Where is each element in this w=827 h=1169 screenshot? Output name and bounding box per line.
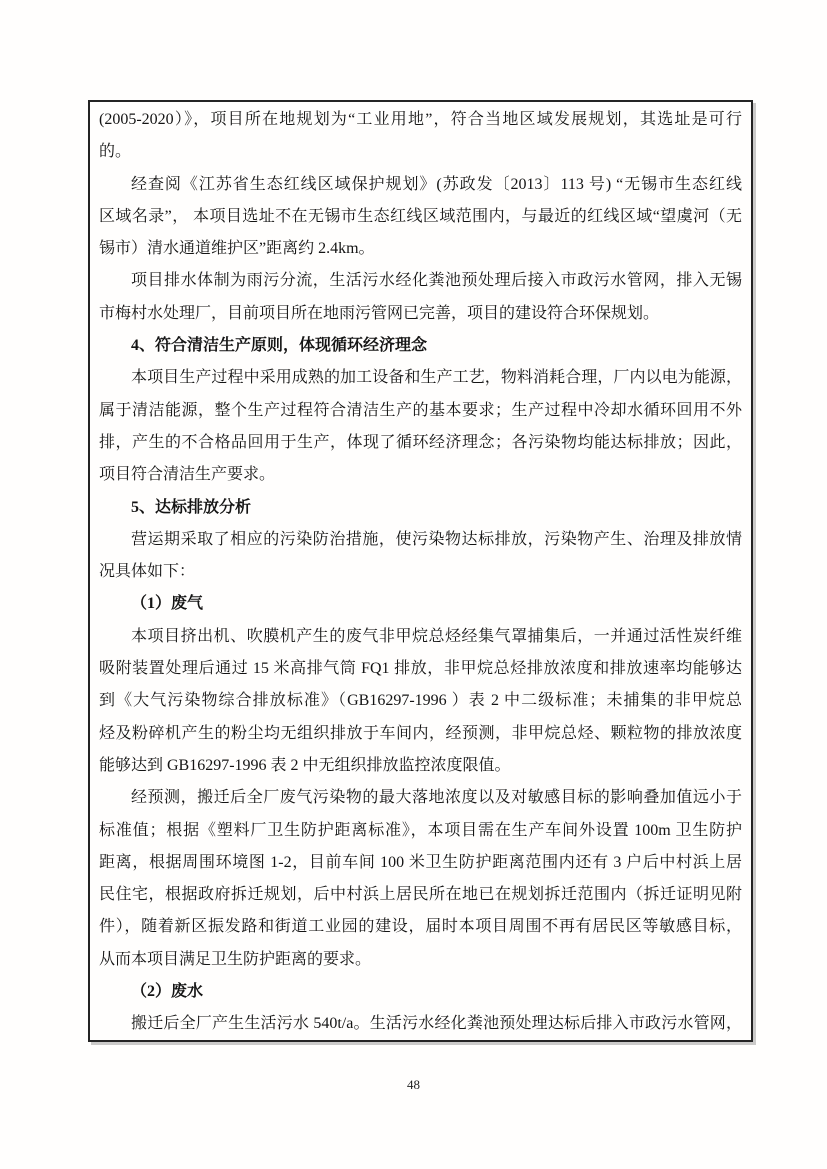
text-line: 排，产生的不合格品回用于生产，体现了循环经济理念；各污染物均能达标排放；因此，: [99, 427, 742, 459]
text-line: 区域名录”， 本项目选址不在无锡市生态红线区域范围内，与最近的红线区域“望虞河（…: [99, 201, 742, 233]
text-line: 经查阅《江苏省生态红线区域保护规划》(苏政发〔2013〕113 号) “无锡市生…: [99, 169, 742, 201]
text-line: 能够达到 GB16297-1996 表 2 中无组织排放监控浓度限值。: [99, 750, 742, 782]
section-heading: 5、达标排放分析: [99, 492, 742, 524]
text-line: 营运期采取了相应的污染防治措施，使污染物达标排放，污染物产生、治理及排放情: [99, 524, 742, 556]
text-line: 市梅村水处理厂，目前项目所在地雨污管网已完善，项目的建设符合环保规划。: [99, 298, 742, 330]
text-line: 件），随着新区振发路和街道工业园的建设，届时本项目周围不再有居民区等敏感目标，: [99, 911, 742, 943]
text-line: 况具体如下：: [99, 556, 742, 588]
text-line: 本项目生产过程中采用成熟的加工设备和生产工艺，物料消耗合理，厂内以电为能源，: [99, 362, 742, 394]
text-line: 项目符合清洁生产要求。: [99, 459, 742, 491]
section-heading: （2）废水: [99, 976, 742, 1008]
text-line: 属于清洁能源，整个生产过程符合清洁生产的基本要求；生产过程中冷却水循环回用不外: [99, 395, 742, 427]
page-number: 48: [0, 1077, 827, 1093]
text-line: 民住宅，根据政府拆迁规划，后中村浜上居民所在地已在规划拆迁范围内（拆迁证明见附: [99, 879, 742, 911]
text-line: 搬迁后全厂产生生活污水 540t/a。生活污水经化粪池预处理达标后排入市政污水管…: [99, 1008, 742, 1040]
text-line: 锡市）清水通道维护区”距离约 2.4km。: [99, 233, 742, 265]
text-line: 烃及粉碎机产生的粉尘均无组织排放于车间内，经预测，非甲烷总烃、颗粒物的排放浓度: [99, 718, 742, 750]
text-line: 的。: [99, 136, 742, 168]
text-line: 距离，根据周围环境图 1-2，目前车间 100 米卫生防护距离范围内还有 3 户…: [99, 847, 742, 879]
text-line: 经预测，搬迁后全厂废气污染物的最大落地浓度以及对敏感目标的影响叠加值远小于: [99, 782, 742, 814]
text-line: 到《大气污染物综合排放标准》（GB16297-1996 ）表 2 中二级标准；未…: [99, 685, 742, 717]
section-heading: （1）废气: [99, 588, 742, 620]
text-line: 本项目挤出机、吹膜机产生的废气非甲烷总烃经集气罩捕集后，一并通过活性炭纤维: [99, 621, 742, 653]
text-line: 标准值；根据《塑料厂卫生防护距离标准》，本项目需在生产车间外设置 100m 卫生…: [99, 815, 742, 847]
text-line: (2005-2020）》，项目所在地规划为“工业用地”，符合当地区域发展规划，其…: [99, 104, 742, 136]
document-page: (2005-2020）》，项目所在地规划为“工业用地”，符合当地区域发展规划，其…: [0, 0, 827, 1169]
text-line: 吸附装置处理后通过 15 米高排气筒 FQ1 排放，非甲烷总烃排放浓度和排放速率…: [99, 653, 742, 685]
section-heading: 4、符合清洁生产原则，体现循环经济理念: [99, 330, 742, 362]
content-frame: (2005-2020）》，项目所在地规划为“工业用地”，符合当地区域发展规划，其…: [88, 100, 753, 1042]
text-line: 从而本项目满足卫生防护距离的要求。: [99, 944, 742, 976]
text-line: 项目排水体制为雨污分流，生活污水经化粪池预处理后接入市政污水管网，排入无锡: [99, 265, 742, 297]
